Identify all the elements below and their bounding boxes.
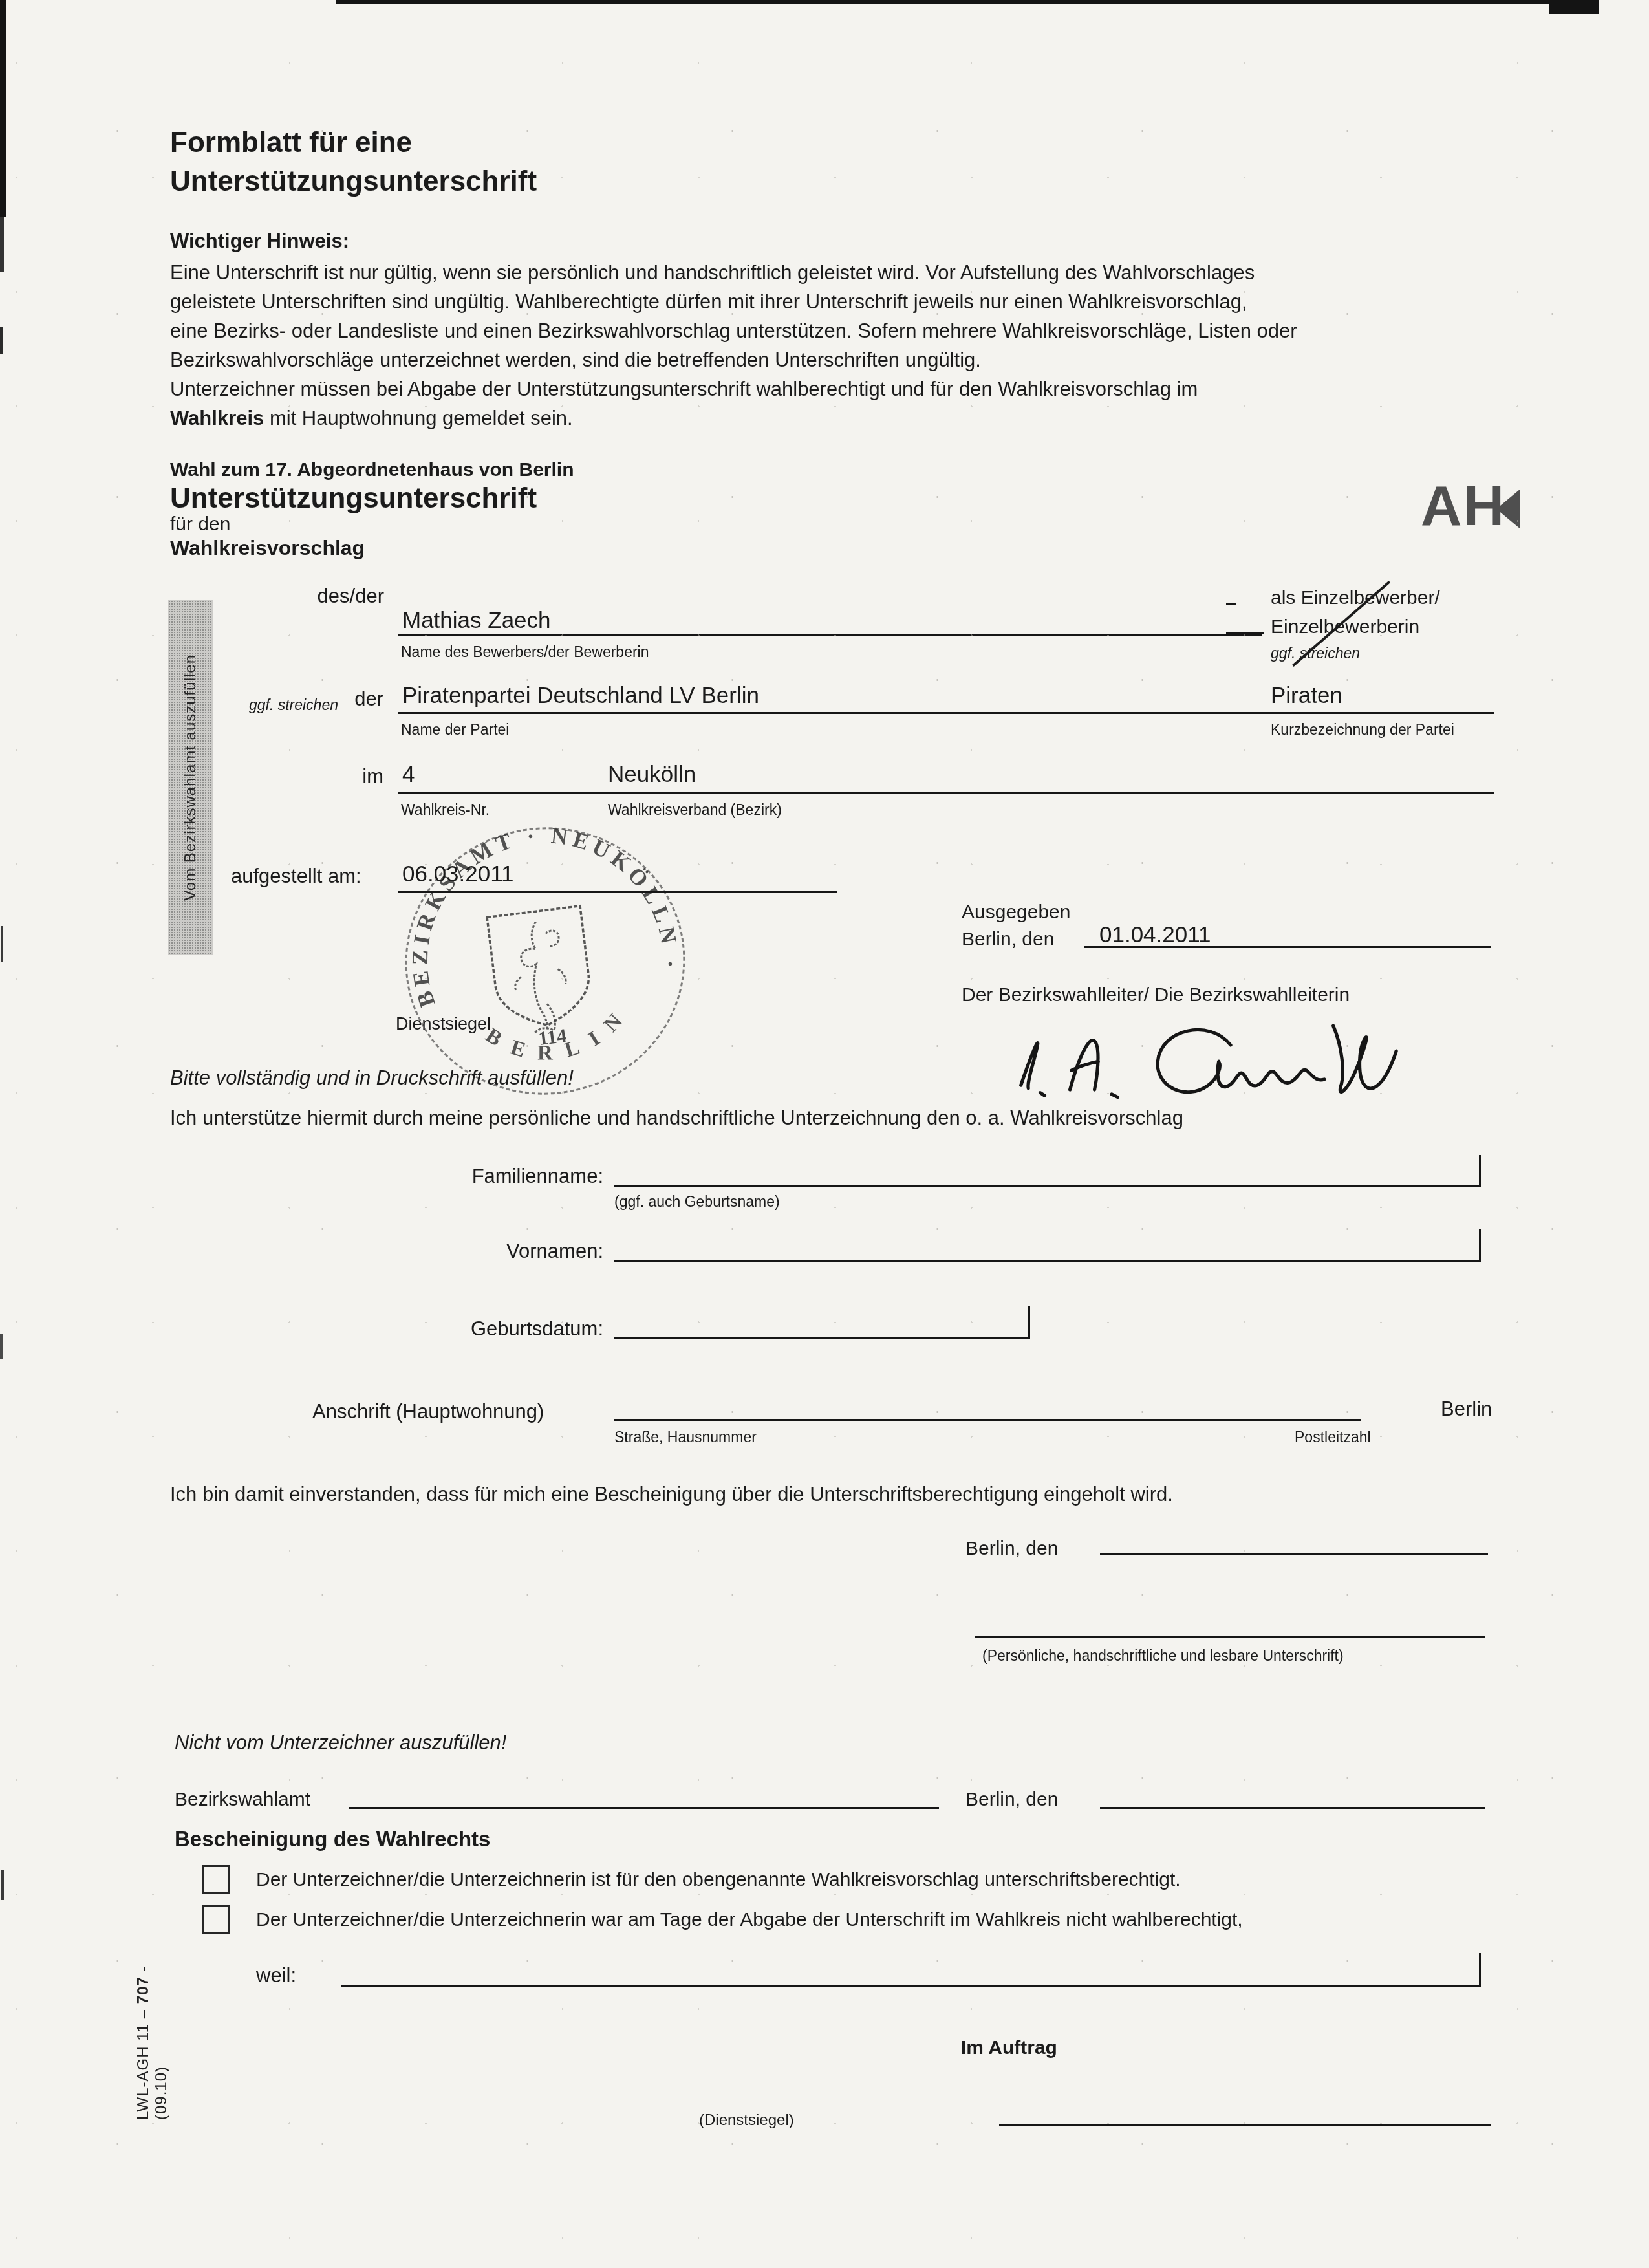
party-name-label: Name der Partei (401, 722, 509, 739)
checkbox-nicht-wahlberechtigt (202, 1905, 230, 1934)
party-short-value: Piraten (1271, 683, 1342, 708)
stamp-ring-text: BEZIRKSAMT · NEUKÖLLN · (393, 816, 686, 1011)
issued-city-label: Berlin, den (962, 929, 1054, 951)
hinweis-line-6: Wahlkreis mit Hauptwohnung gemeldet sein… (170, 404, 1297, 433)
familienname-label: Familienname: (414, 1165, 603, 1188)
vornamen-label: Vornamen: (414, 1240, 603, 1263)
official-berlin-line (1100, 1807, 1485, 1809)
des-der-label: des/der (278, 585, 384, 608)
hinweis-line-4: Bezirkswahlvorschläge unterzeichnet werd… (170, 345, 1297, 374)
district-line (398, 792, 1494, 794)
scan-edge-top-corner (1549, 0, 1599, 14)
hinweis-line-2: geleistete Unterschriften sind ungültig.… (170, 287, 1297, 316)
checkbox-berechtigt (202, 1865, 230, 1894)
check2-text: Der Unterzeichner/die Unterzeichnerin wa… (256, 1909, 1243, 1931)
district-name-value: Neukölln (608, 762, 696, 787)
scanned-form-page: Formblatt für eine Unterstützungsuntersc… (0, 0, 1649, 2268)
election-fuer-den: für den (170, 513, 230, 535)
hinweis-paragraph: Eine Unterschrift ist nur gültig, wenn s… (170, 258, 1297, 433)
support-statement: Ich unterstütze hiermit durch meine pers… (170, 1107, 1183, 1130)
sidebar-office-note: Vom Bezirkswahlamt auszufüllen (168, 600, 213, 955)
scan-edge-left-4 (1, 926, 3, 962)
aufgestellt-label: aufgestellt am: (231, 865, 361, 888)
form-title-line1: Formblatt für eine (170, 127, 412, 158)
svg-text:BEZIRKSAMT · NEUKÖLLN ·: BEZIRKSAMT · NEUKÖLLN · (393, 816, 686, 1011)
hinweis-line-5: Unterzeichner müssen bei Abgabe der Unte… (170, 374, 1297, 404)
party-line (398, 712, 1494, 714)
scan-edge-left-6 (1, 1870, 4, 1900)
aufgestellt-date-value: 06.03.2011 (402, 861, 514, 887)
dienstsiegel-bottom-line (999, 2124, 1491, 2126)
geburtsdatum-field-line (614, 1306, 1030, 1339)
dienstsiegel-bottom-label: (Dienstsiegel) (699, 2112, 794, 2130)
scan-edge-left-3 (0, 327, 3, 354)
scan-edge-top (336, 0, 1599, 4)
hinweis-line-1: Eine Unterschrift ist nur gültig, wenn s… (170, 258, 1297, 287)
weil-field-line (341, 1953, 1481, 1987)
stamp-shield (487, 906, 594, 1031)
signer-signature-line (975, 1636, 1485, 1638)
anschrift-field-line (614, 1419, 1361, 1421)
hinweis-wahlkreis-bold: Wahlkreis (170, 407, 264, 429)
issued-date-value: 01.04.2011 (1099, 922, 1211, 947)
signature-note: (Persönliche, handschriftliche und lesba… (982, 1648, 1344, 1665)
candidate-name-label: Name des Bewerbers/der Bewerberin (401, 644, 649, 661)
stamp-number: 114 (537, 1025, 568, 1050)
geburtsname-note: (ggf. auch Geburtsname) (614, 1194, 780, 1211)
check1-text: Der Unterzeichner/die Unterzeichnerin is… (256, 1869, 1181, 1891)
weil-label: weil: (256, 1965, 296, 1987)
bezirkswahlamt-line (349, 1807, 939, 1809)
einzelbewerber-dash-bottom (1226, 632, 1264, 634)
dienstsiegel-label: Dienstsiegel (396, 1014, 491, 1033)
vornamen-field-line (614, 1229, 1481, 1262)
footer-form-code: LWL-AGH 11 – 707 - (09.10) (135, 1913, 171, 2120)
strasse-label: Straße, Hausnummer (614, 1429, 757, 1446)
ah-arrow-icon (1496, 490, 1520, 528)
consent-text: Ich bin damit einverstanden, dass für mi… (170, 1484, 1173, 1506)
issued-label: Ausgegeben (962, 902, 1071, 923)
issued-date-line (1084, 946, 1491, 948)
candidate-name-line (398, 634, 1262, 636)
footer-code-pre: LWL-AGH 11 – (135, 2004, 152, 2120)
einzelbewerber-line1: als Einzelbewerber/ (1271, 587, 1440, 609)
anschrift-city-suffix: Berlin (1441, 1398, 1492, 1421)
election-intro: Wahl zum 17. Abgeordnetenhaus von Berlin (170, 459, 574, 481)
official-signature (993, 996, 1439, 1119)
official-berlin-den: Berlin, den (965, 1789, 1058, 1811)
plz-label: Postleitzahl (1295, 1429, 1371, 1446)
form-title-line2: Unterstützungsunterschrift (170, 166, 537, 197)
official-stamp: BEZIRKSAMT · NEUKÖLLN · BERLIN 114 (393, 816, 697, 1098)
scan-edge-left (0, 0, 6, 217)
footer-code-number: 707 (135, 1976, 152, 2004)
hinweis-line-6-rest: mit Hauptwohnung gemeldet sein. (264, 407, 572, 429)
scan-edge-left-5 (0, 1334, 3, 1359)
district-number-value: 4 (402, 762, 415, 787)
election-subject: Wahlkreisvorschlag (170, 537, 365, 560)
not-signer-note: Nicht vom Unterzeichner auszufüllen! (175, 1732, 506, 1755)
consent-date-line (1100, 1553, 1488, 1555)
wahlrecht-heading: Bescheinigung des Wahlrechts (175, 1828, 490, 1852)
candidate-name-value: Mathias Zaech (402, 608, 551, 633)
sidebar-office-note-label: Vom Bezirkswahlamt auszufüllen (182, 654, 200, 901)
election-heading: Unterstützungsunterschrift (170, 482, 537, 514)
party-name-value: Piratenpartei Deutschland LV Berlin (402, 683, 759, 708)
geburtsdatum-label: Geburtsdatum: (414, 1318, 603, 1341)
scan-edge-left-2 (0, 217, 4, 272)
hinweis-heading: Wichtiger Hinweis: (170, 230, 349, 253)
party-der-label: der (319, 688, 383, 711)
im-auftrag-label: Im Auftrag (961, 2037, 1057, 2059)
fill-instruction: Bitte vollständig und in Druckschrift au… (170, 1067, 574, 1090)
anschrift-label: Anschrift (Hauptwohnung) (312, 1401, 544, 1423)
aufgestellt-line (398, 891, 837, 893)
consent-berlin-den: Berlin, den (965, 1538, 1058, 1560)
ah-logo: AH (1421, 477, 1505, 534)
hinweis-line-3: eine Bezirks- oder Landesliste und einen… (170, 316, 1297, 345)
einzelbewerber-dash-top (1226, 603, 1236, 605)
familienname-field-line (614, 1155, 1481, 1187)
district-im-label: im (323, 766, 383, 788)
party-short-label: Kurzbezeichnung der Partei (1271, 722, 1454, 739)
bezirkswahlamt-label: Bezirkswahlamt (175, 1789, 310, 1811)
